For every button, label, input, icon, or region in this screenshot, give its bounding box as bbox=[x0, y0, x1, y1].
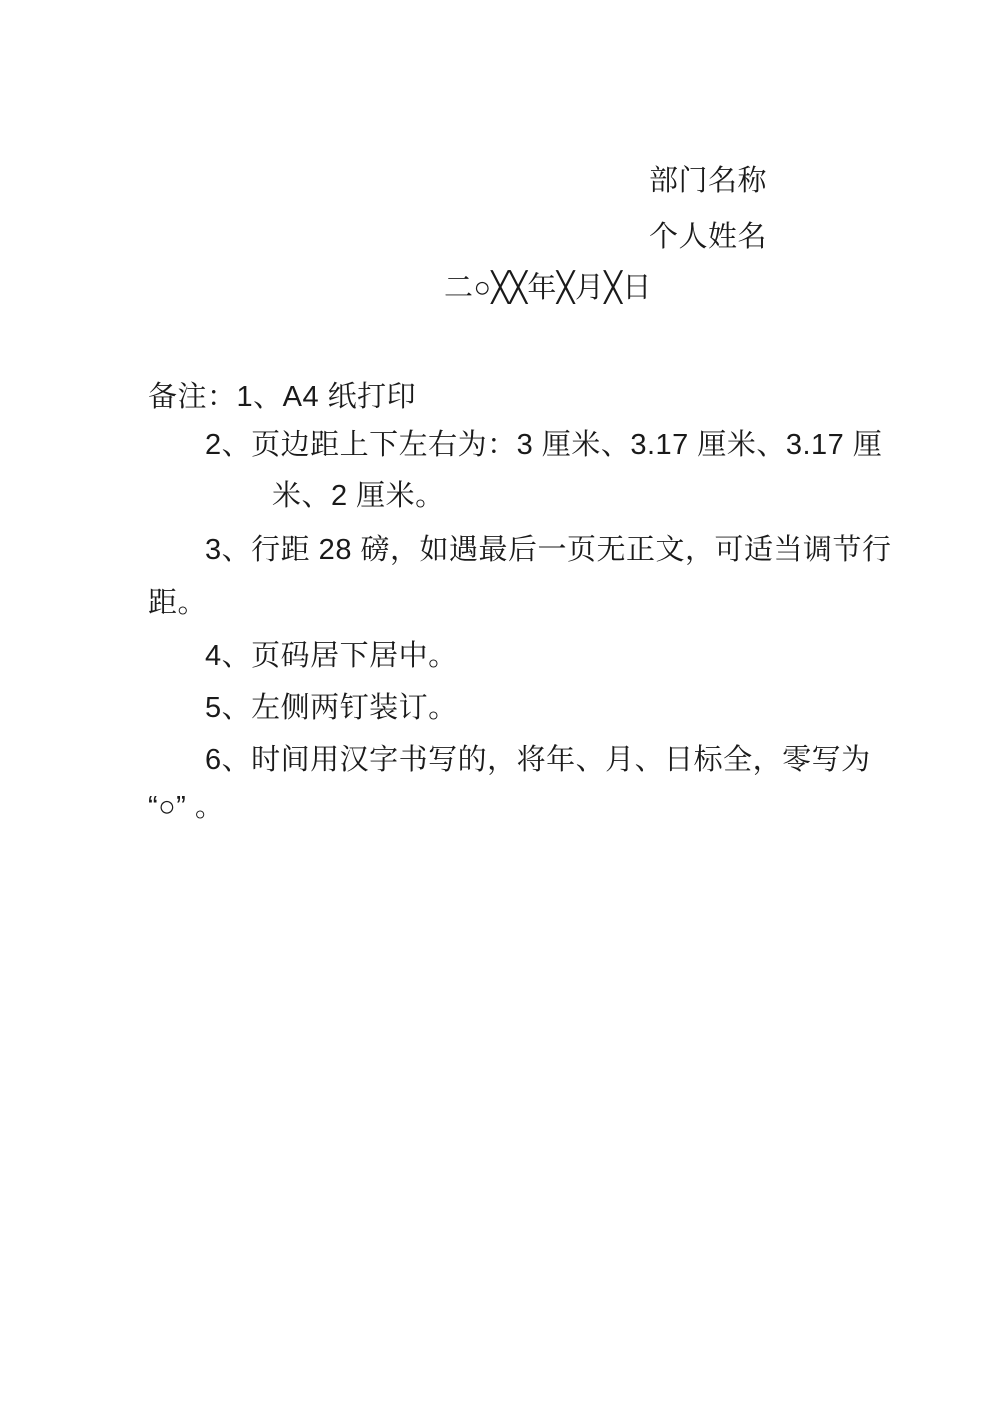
note-3-line-spacing-line-2: 距。 bbox=[148, 587, 207, 619]
note-1-a4-print: 备注：1、A4 纸打印 bbox=[148, 381, 416, 413]
signature-person: 个人姓名 bbox=[649, 221, 767, 253]
signature-department: 部门名称 bbox=[649, 165, 767, 197]
note-3-line-spacing-line-1: 3、行距 28 磅，如遇最后一页无正文，可适当调节行 bbox=[205, 534, 892, 566]
note-6-date-format-line-1: 6、时间用汉字书写的，将年、月、日标全，零写为 bbox=[205, 744, 871, 776]
signature-date: 二○╳╳年╳月╳日 bbox=[444, 272, 652, 304]
document-page: 部门名称 个人姓名 二○╳╳年╳月╳日 备注：1、A4 纸打印 2、页边距上下左… bbox=[0, 0, 1000, 1415]
note-2-margins-line-1: 2、页边距上下左右为：3 厘米、3.17 厘米、3.17 厘 bbox=[205, 429, 882, 461]
note-4-page-number: 4、页码居下居中。 bbox=[205, 640, 458, 672]
note-2-margins-line-2: 米、2 厘米。 bbox=[272, 480, 445, 512]
note-6-date-format-line-2: “○” 。 bbox=[148, 791, 224, 823]
note-5-binding: 5、左侧两钉装订。 bbox=[205, 692, 458, 724]
